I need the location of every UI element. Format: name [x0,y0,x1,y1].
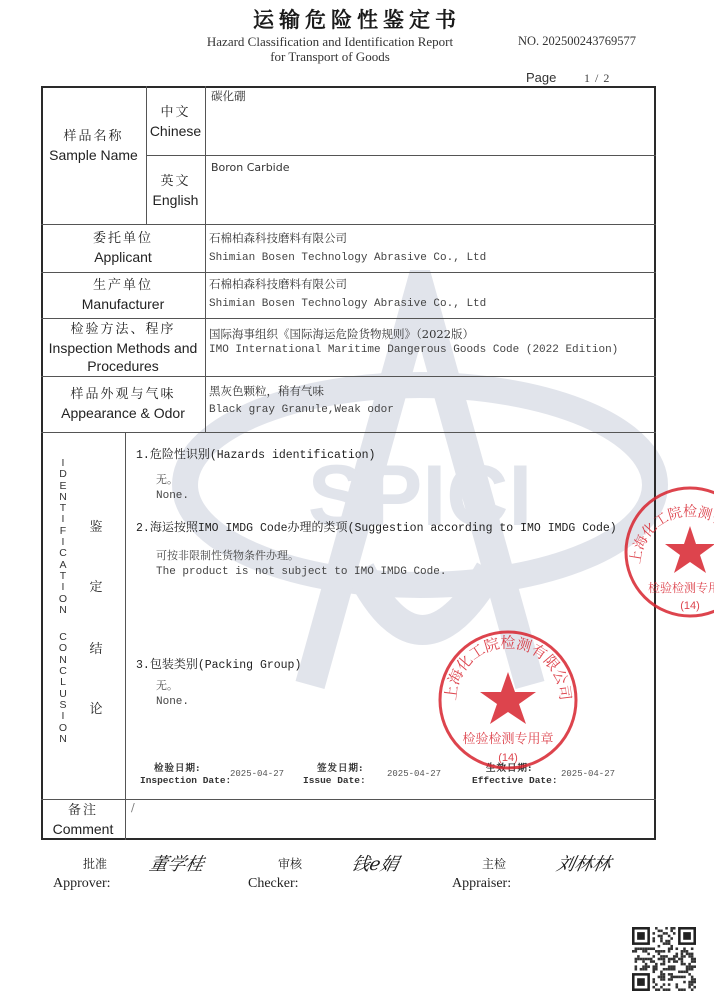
divider [41,799,656,800]
effective-date-label-cn: 生效日期: [472,763,558,775]
comment-label-en: Comment [41,820,125,838]
checker-label: 审核 Checker: [248,855,302,892]
effective-date-value: 2025-04-27 [561,769,615,779]
section-number: 1. [136,449,150,462]
manufacturer-label-en: Manufacturer [41,295,205,313]
conclusion-label-cn-3: 结 [86,638,106,657]
conclusion-label-cn-4: 论 [86,698,106,717]
issue-date-label-cn: 签发日期: [303,763,366,775]
report-table [41,86,656,840]
issue-date-label-en: Issue Date: [303,775,366,786]
conclusion-label-cn-2: 定 [86,576,106,595]
comment-value: / [131,801,135,814]
effective-date-label: 生效日期: Effective Date: [472,763,558,787]
section-heading-code: IMO IMDG Code [198,522,288,535]
effective-date-label-en: Effective Date: [472,775,558,786]
conclusion-label-cn-1: 鉴 [86,516,106,535]
sample-name-cn-text: 碳化硼 [211,88,246,104]
checker-signature: 钱e娟 [349,850,401,876]
identification-conclusion-vertical-label: IDENTIFICATION CONCLUSION [57,458,69,745]
section-heading-en: (Packing Group) [198,659,302,672]
issue-date-label: 签发日期: Issue Date: [303,763,366,787]
english-label: 英文 English [146,173,205,209]
report-title-en-line2: for Transport of Goods [140,49,520,64]
methods-value-cn: 国际海事组织《国际海运危险货物规则》（2022版） [209,326,618,342]
methods-label-en: Inspection Methods and [41,339,205,357]
applicant-value: 石棉柏森科技磨料有限公司 Shimian Bosen Technology Ab… [209,230,486,266]
chinese-label-cn: 中文 [146,104,205,122]
chinese-label-en: Chinese [146,122,205,140]
section-packing-group-value: 无。 None. [156,678,189,710]
section-value-cn: 无。 [156,678,189,694]
section-heading-cn: 危险性识别 [150,447,210,461]
svg-text:检验检测专用章: 检验检测专用章 [648,580,714,595]
section-heading-en: (Hazards identification) [210,449,376,462]
inspection-date-label: 检验日期: Inspection Date: [140,763,231,787]
appearance-label-en: Appearance & Odor [41,404,205,422]
approver-label-cn: 批准 [53,855,111,872]
issue-date-value: 2025-04-27 [387,769,441,779]
section-imdg-value: 可按非限制性货物条件办理。 The product is not subject… [156,548,446,580]
divider [41,318,656,319]
methods-label: 检验方法、程序 Inspection Methods and Procedure… [41,321,205,375]
section-value-cn: 无。 [156,472,189,488]
section-value-en: None. [156,694,189,710]
inspection-date-label-cn: 检验日期: [140,763,231,775]
section-value-en: None. [156,488,189,504]
inspection-date-label-en: Inspection Date: [140,775,231,786]
qr-code[interactable] [632,927,696,991]
section-value-en: The product is not subject to IMO IMDG C… [156,564,446,580]
applicant-label-en: Applicant [41,248,205,266]
section-heading-cn: 包装类别 [150,657,198,671]
appearance-value-en: Black gray Granule,Weak odor [209,402,394,418]
page-number: 1 / 2 [584,71,610,86]
section-heading-en: (Suggestion according to IMO IMDG Code) [348,522,617,535]
report-title-en: Hazard Classification and Identification… [140,34,520,49]
english-label-en: English [146,191,205,209]
section-imdg-heading: 2.海运按照IMO IMDG Code办理的类项(Suggestion acco… [136,518,617,535]
divider [125,432,126,840]
section-heading-cn: 海运按照 [150,520,198,534]
divider [146,155,656,156]
section-number: 2. [136,522,150,535]
comment-label-cn: 备注 [41,802,125,820]
appraiser-label-en: Appraiser: [452,876,511,892]
sample-name-label-cn: 样品名称 [41,128,146,146]
report-number: NO. 202500243769577 [518,34,636,49]
applicant-label-cn: 委托单位 [41,230,205,248]
report-title-cn: 运输危险性鉴定书 [0,4,714,34]
appearance-label: 样品外观与气味 Appearance & Odor [41,386,205,422]
section-packing-group-heading: 3.包装类别(Packing Group) [136,655,301,672]
section-hazards-heading: 1.危险性识别(Hazards identification) [136,445,375,462]
section-hazards-value: 无。 None. [156,472,189,504]
divider [41,272,656,273]
methods-value: 国际海事组织《国际海运危险货物规则》（2022版） IMO Internatio… [209,326,618,358]
applicant-value-en: Shimian Bosen Technology Abrasive Co., L… [209,250,486,266]
manufacturer-value: 石棉柏森科技磨料有限公司 Shimian Bosen Technology Ab… [209,276,486,312]
sample-name-english-value: Boron Carbide [211,161,290,174]
approver-signature: 董学桂 [147,850,207,876]
appearance-value: 黑灰色颗粒，稍有气味 Black gray Granule,Weak odor [209,383,394,418]
applicant-label: 委托单位 Applicant [41,230,205,266]
checker-label-en: Checker: [248,876,302,892]
manufacturer-value-en: Shimian Bosen Technology Abrasive Co., L… [209,296,486,312]
page-label: Page [526,70,556,85]
english-label-cn: 英文 [146,173,205,191]
divider [41,376,656,377]
methods-value-en: IMO International Maritime Dangerous Goo… [209,342,618,358]
methods-label-en-line2: Procedures [41,357,205,375]
appraiser-signature: 刘林林 [554,850,614,876]
inspection-date-value: 2025-04-27 [230,769,284,779]
applicant-value-cn: 石棉柏森科技磨料有限公司 [209,230,486,246]
manufacturer-label-cn: 生产单位 [41,277,205,295]
approver-label-en: Approver: [53,876,111,892]
methods-label-cn: 检验方法、程序 [41,321,205,339]
chinese-label: 中文 Chinese [146,104,205,140]
comment-label: 备注 Comment [41,802,125,838]
section-number: 3. [136,659,150,672]
divider [41,224,656,225]
svg-text:(14): (14) [680,600,700,612]
appraiser-label-cn: 主检 [452,855,511,872]
section-heading-cn2: 办理的类项 [288,520,348,534]
appearance-label-cn: 样品外观与气味 [41,386,205,404]
sample-name-label-en: Sample Name [41,146,146,164]
manufacturer-label: 生产单位 Manufacturer [41,277,205,313]
appraiser-label: 主检 Appraiser: [452,855,511,892]
divider [205,86,206,432]
manufacturer-value-cn: 石棉柏森科技磨料有限公司 [209,276,486,292]
divider [41,432,656,433]
sample-name-label: 样品名称 Sample Name [41,128,146,164]
sample-name-chinese-value: 碳化硼 [211,88,246,104]
approver-label: 批准 Approver: [53,855,111,892]
section-value-cn: 可按非限制性货物条件办理。 [156,548,446,564]
checker-label-cn: 审核 [248,855,302,872]
appearance-value-cn: 黑灰色颗粒，稍有气味 [209,383,394,399]
